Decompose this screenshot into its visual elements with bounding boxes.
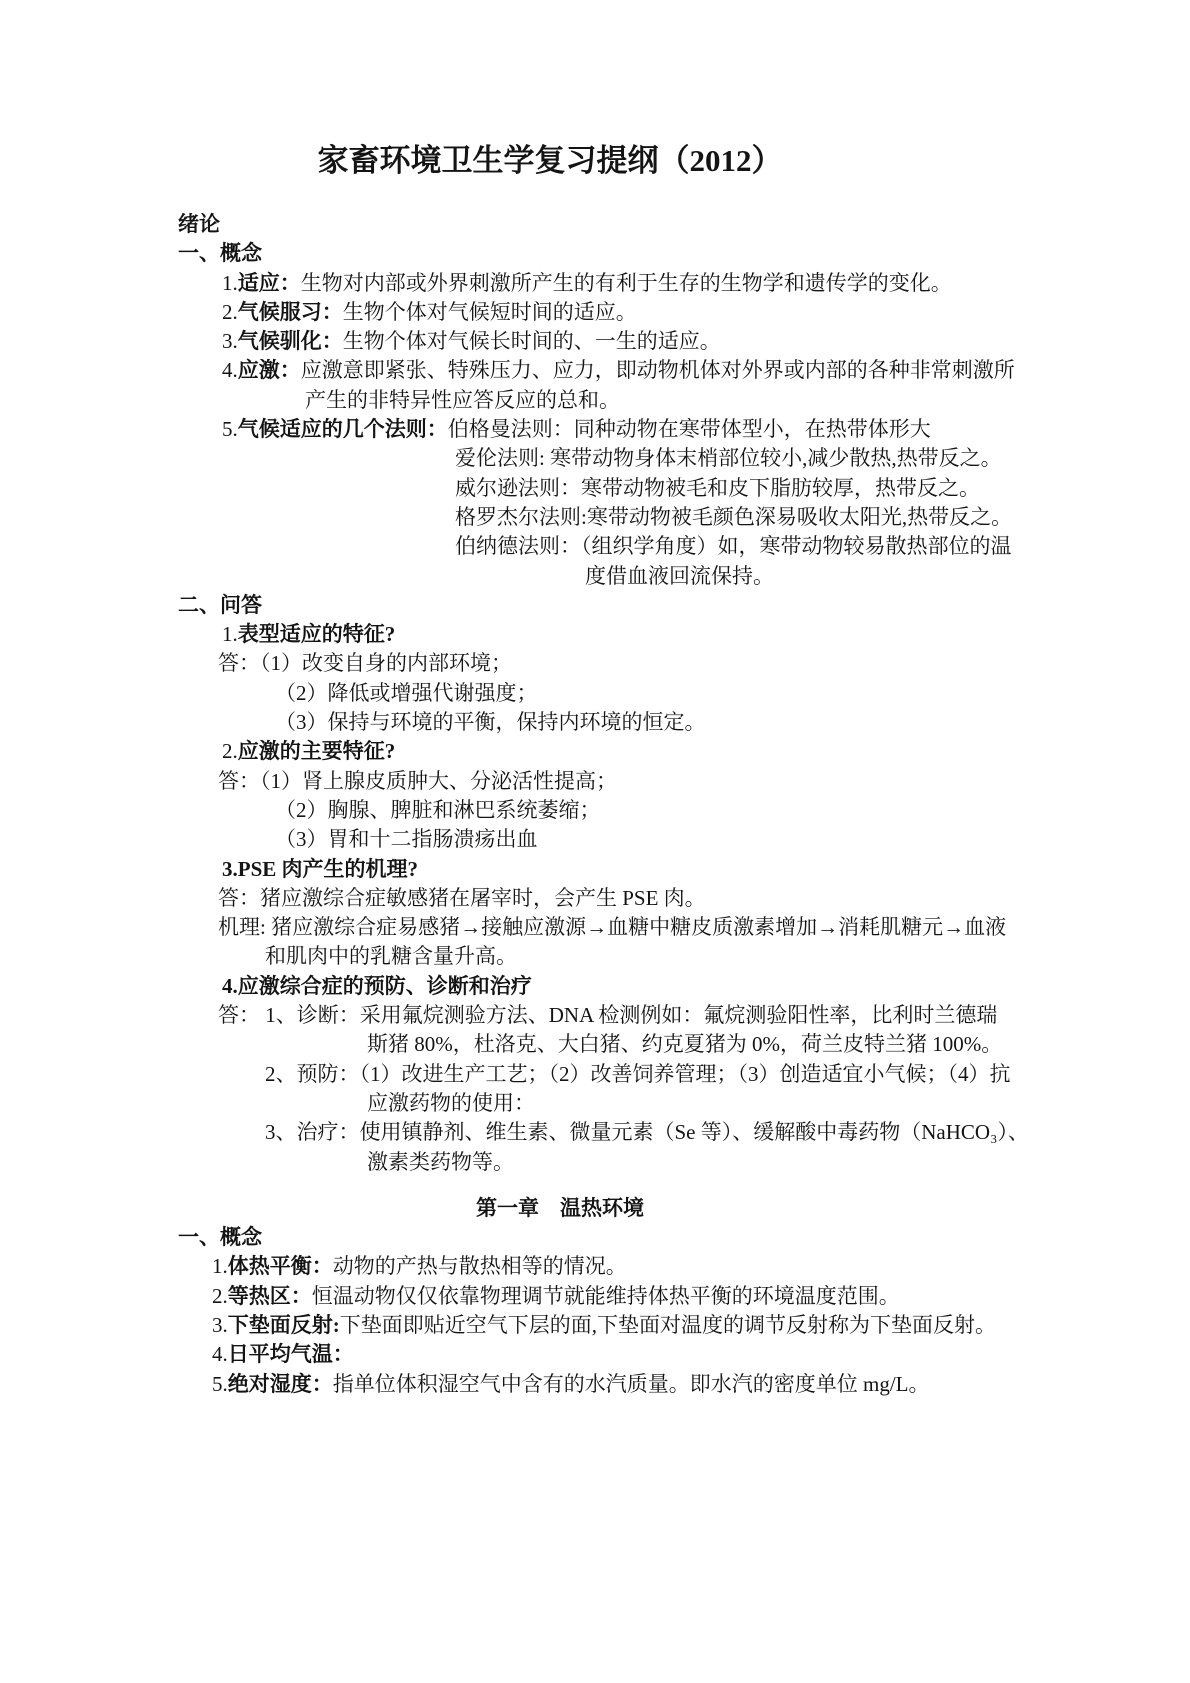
text-segment: 下垫面反射:: [228, 1313, 340, 1337]
text-segment: 气候驯化：: [238, 329, 343, 353]
text-segment: 2、预防：（1）改进生产工艺；（2）改善饲养管理；（3）创造适宜小气候；（4）抗: [265, 1062, 1011, 1086]
text-segment: 日平均气温：: [228, 1342, 354, 1366]
document-body: 家畜环境卫生学复习提纲（2012） 绪论一、概念1.适应：生物对内部或外界刺激所…: [0, 0, 1190, 1399]
doc-line: 格罗杰尔法则:寒带动物被毛颜色深易吸收太阳光,热带反之。: [455, 503, 1190, 532]
doc-line: 2.等热区：恒温动物仅仅依靠物理调节就能维持体热平衡的环境温度范围。: [212, 1282, 1190, 1311]
doc-line: 伯纳德法则：（组织学角度）如，寒带动物较易散热部位的温: [455, 532, 1190, 561]
doc-line: 2、预防：（1）改进生产工艺；（2）改善饲养管理；（3）创造适宜小气候；（4）抗: [265, 1060, 1190, 1089]
text-segment: 产生的非特异性应答反应的总和。: [305, 388, 620, 412]
text-segment: 适应：: [238, 271, 301, 295]
doc-line: 3.下垫面反射:下垫面即贴近空气下层的面,下垫面对温度的调节反射称为下垫面反射。: [212, 1311, 1190, 1340]
text-segment: 威尔逊法则：寒带动物被毛和皮下脂肪较厚，热带反之。: [455, 476, 980, 500]
text-segment: 一、概念: [178, 241, 262, 265]
spacer: [0, 1177, 1190, 1194]
doc-line: 度借血液回流保持。: [585, 562, 1190, 591]
text-segment: 等热区：: [228, 1284, 312, 1308]
text-segment: （2）降低或增强代谢强度；: [275, 681, 538, 705]
doc-line: （2）胸腺、脾脏和淋巴系统萎缩；: [275, 796, 1190, 825]
text-segment: 5.: [222, 417, 238, 441]
document-page: 家畜环境卫生学复习提纲（2012） 绪论一、概念1.适应：生物对内部或外界刺激所…: [0, 0, 1190, 1683]
text-segment: 答：（1）肾上腺皮质肿大、分泌活性提高；: [218, 769, 617, 793]
text-segment: 应激药物的使用：: [367, 1091, 535, 1115]
doc-line: 威尔逊法则：寒带动物被毛和皮下脂肪较厚，热带反之。: [455, 474, 1190, 503]
text-segment: 2.: [222, 739, 238, 763]
text-segment: 1.: [222, 271, 238, 295]
doc-line: 应激药物的使用：: [367, 1089, 1190, 1118]
text-segment: 生物个体对气候短时间的适应。: [343, 300, 637, 324]
text-segment: 机理: 猪应激综合症易感猪→接触应激源→血糖中糖皮质激素增加→消耗肌糖元→血液: [218, 915, 1006, 939]
doc-line: 3、治疗：使用镇静剂、维生素、微量元素（Se 等）、缓解酸中毒药物（NaHCO₃…: [265, 1118, 1190, 1147]
doc-line: 答： 1、诊断：采用氟烷测验方法、DNA 检测例如：氟烷测验阳性率，比利时兰德瑞: [218, 1001, 1190, 1030]
text-segment: 生物个体对气候长时间的、一生的适应。: [343, 329, 721, 353]
text-segment: 度借血液回流保持。: [585, 564, 774, 588]
text-segment: 爱伦法则: 寒带动物身体末梢部位较小,减少散热,热带反之。: [455, 446, 1002, 470]
text-segment: 伯纳德法则：（组织学角度）如，寒带动物较易散热部位的温: [455, 534, 1012, 558]
doc-line: 一、概念: [178, 1223, 1190, 1252]
doc-line: 绪论: [178, 210, 1190, 239]
text-segment: 3.: [212, 1313, 228, 1337]
text-segment: 下垫面即贴近空气下层的面,下垫面对温度的调节反射称为下垫面反射。: [340, 1313, 996, 1337]
doc-line: 4.应激综合症的预防、诊断和治疗: [222, 972, 1190, 1001]
text-segment: 答：猪应激综合症敏感猪在屠宰时，会产生 PSE 肉。: [218, 886, 706, 910]
doc-line: 机理: 猪应激综合症易感猪→接触应激源→血糖中糖皮质激素增加→消耗肌糖元→血液: [218, 913, 1190, 942]
text-segment: 答： 1、诊断：采用氟烷测验方法、DNA 检测例如：氟烷测验阳性率，比利时兰德瑞: [218, 1003, 997, 1027]
text-segment: 4.: [222, 358, 238, 382]
text-segment: 指单位体积湿空气中含有的水汽质量。即水汽的密度单位 mg/L。: [333, 1372, 930, 1396]
text-segment: 表型适应的特征?: [238, 622, 396, 646]
text-segment: 应激意即紧张、特殊压力、应力，即动物机体对外界或内部的各种非常刺激所: [301, 358, 1015, 382]
doc-line: 二、问答: [178, 591, 1190, 620]
text-segment: （2）胸腺、脾脏和淋巴系统萎缩；: [275, 798, 601, 822]
text-segment: 3、治疗：使用镇静剂、维生素、微量元素（Se 等）、缓解酸中毒药物（NaHCO₃…: [265, 1120, 1029, 1144]
doc-line: 4.日平均气温：: [212, 1340, 1190, 1369]
text-segment: 格罗杰尔法则:寒带动物被毛颜色深易吸收太阳光,热带反之。: [455, 505, 1012, 529]
text-segment: 一、概念: [178, 1225, 262, 1249]
text-segment: 气候服习：: [238, 300, 343, 324]
text-segment: 1.: [212, 1254, 228, 1278]
doc-line: （2）降低或增强代谢强度；: [275, 679, 1190, 708]
doc-line: 1.适应：生物对内部或外界刺激所产生的有利于生存的生物学和遗传学的变化。: [222, 269, 1190, 298]
doc-line: 2.气候服习：生物个体对气候短时间的适应。: [222, 298, 1190, 327]
text-segment: 4.应激综合症的预防、诊断和治疗: [222, 974, 532, 998]
doc-line: 第一章 温热环境: [0, 1194, 1190, 1223]
doc-line: 1.体热平衡：动物的产热与散热相等的情况。: [212, 1252, 1190, 1281]
doc-line: 3.PSE 肉产生的机理?: [222, 855, 1190, 884]
doc-line: 激素类药物等。: [367, 1148, 1190, 1177]
doc-line: 和肌肉中的乳糖含量升高。: [265, 942, 1190, 971]
doc-line: （3）胃和十二指肠溃疡出血: [275, 825, 1190, 854]
text-segment: 生物对内部或外界刺激所产生的有利于生存的生物学和遗传学的变化。: [301, 271, 952, 295]
doc-line: 产生的非特异性应答反应的总和。: [305, 386, 1190, 415]
doc-line: 一、概念: [178, 239, 1190, 268]
text-segment: 激素类药物等。: [367, 1150, 514, 1174]
doc-line: 答：（1）改变自身的内部环境；: [218, 649, 1190, 678]
text-segment: 斯猪 80%，杜洛克、大白猪、约克夏猪为 0%，荷兰皮特兰猪 100%。: [367, 1032, 1002, 1056]
text-segment: 2.: [212, 1284, 228, 1308]
text-segment: 1.: [222, 622, 238, 646]
text-segment: 绝对湿度：: [228, 1372, 333, 1396]
text-segment: 体热平衡：: [228, 1254, 333, 1278]
text-segment: 5.: [212, 1372, 228, 1396]
text-segment: 第一章 温热环境: [476, 1196, 644, 1220]
text-segment: 恒温动物仅仅依靠物理调节就能维持体热平衡的环境温度范围。: [312, 1284, 900, 1308]
text-segment: 动物的产热与散热相等的情况。: [333, 1254, 627, 1278]
doc-line: 2.应激的主要特征?: [222, 737, 1190, 766]
text-segment: 答：（1）改变自身的内部环境；: [218, 651, 512, 675]
text-segment: 3.PSE 肉产生的机理?: [222, 857, 418, 881]
text-segment: 绪论: [178, 212, 220, 236]
text-segment: 气候适应的几个法则：: [238, 417, 448, 441]
text-segment: 2.: [222, 300, 238, 324]
document-title: 家畜环境卫生学复习提纲（2012）: [0, 140, 1190, 182]
doc-line: 答：猪应激综合症敏感猪在屠宰时，会产生 PSE 肉。: [218, 884, 1190, 913]
text-segment: 和肌肉中的乳糖含量升高。: [265, 944, 517, 968]
doc-line: 5.绝对湿度：指单位体积湿空气中含有的水汽质量。即水汽的密度单位 mg/L。: [212, 1370, 1190, 1399]
text-segment: 应激的主要特征?: [238, 739, 396, 763]
doc-line: （3）保持与环境的平衡，保持内环境的恒定。: [275, 708, 1190, 737]
doc-line: 5.气候适应的几个法则：伯格曼法则：同种动物在寒带体型小，在热带体形大: [222, 415, 1190, 444]
doc-line: 1.表型适应的特征?: [222, 620, 1190, 649]
text-segment: 4.: [212, 1342, 228, 1366]
doc-line: 3.气候驯化：生物个体对气候长时间的、一生的适应。: [222, 327, 1190, 356]
text-segment: 3.: [222, 329, 238, 353]
doc-line: 斯猪 80%，杜洛克、大白猪、约克夏猪为 0%，荷兰皮特兰猪 100%。: [367, 1030, 1190, 1059]
text-segment: （3）保持与环境的平衡，保持内环境的恒定。: [275, 710, 706, 734]
text-segment: 伯格曼法则：同种动物在寒带体型小，在热带体形大: [448, 417, 931, 441]
doc-line: 爱伦法则: 寒带动物身体末梢部位较小,减少散热,热带反之。: [455, 444, 1190, 473]
text-segment: （3）胃和十二指肠溃疡出血: [275, 827, 538, 851]
doc-line: 答：（1）肾上腺皮质肿大、分泌活性提高；: [218, 767, 1190, 796]
doc-line: 4.应激：应激意即紧张、特殊压力、应力，即动物机体对外界或内部的各种非常刺激所: [222, 356, 1190, 385]
text-segment: 二、问答: [178, 593, 262, 617]
text-segment: 应激：: [238, 358, 301, 382]
